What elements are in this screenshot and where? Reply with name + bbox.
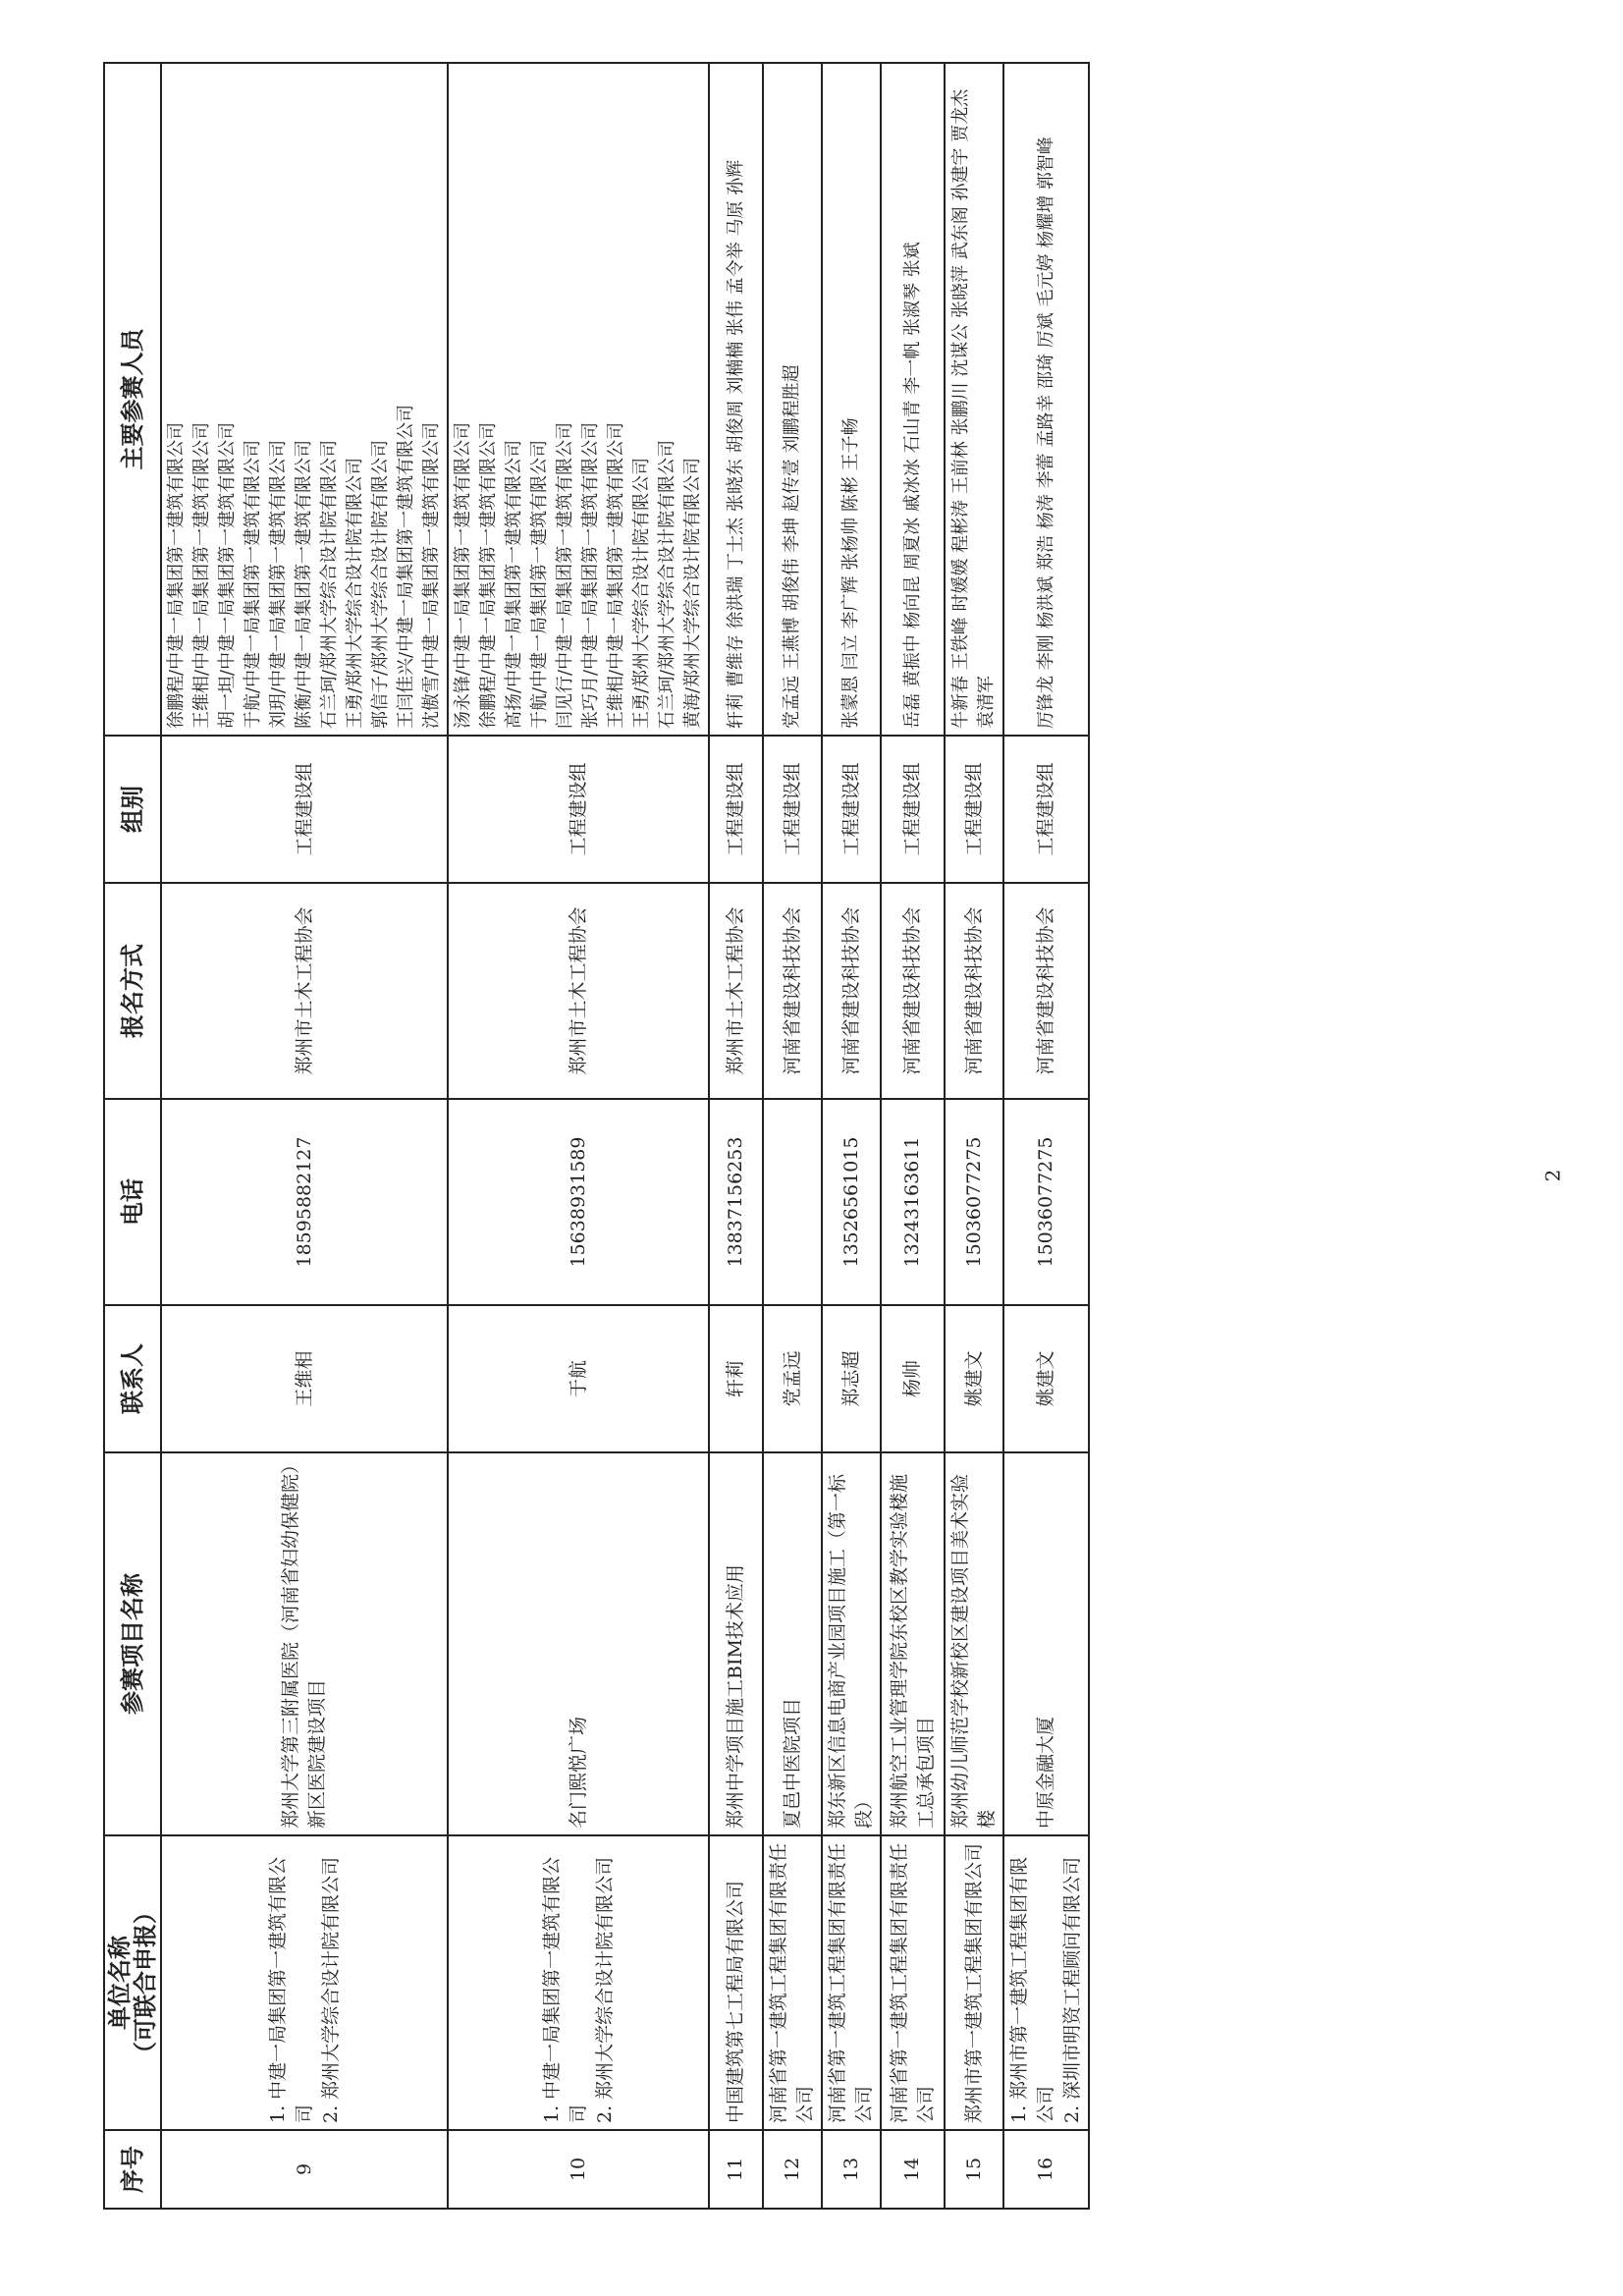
cell-members: 张蒙恩 闫立 李广辉 张杨帅 陈彬 王子畅	[822, 63, 881, 736]
cell-contact: 姚建文	[945, 1305, 1003, 1452]
cell-members: 党孟远 王燕博 胡俊伟 李坤 赵传壹 刘鹏程胜超	[763, 63, 822, 736]
cell-seq: 15	[945, 2130, 1003, 2209]
cell-unit: 河南省第一建筑工程集团有限责任公司	[763, 1835, 822, 2130]
cell-contact: 郑志超	[822, 1305, 881, 1452]
header-signup: 报名方式	[104, 883, 161, 1099]
cell-signup: 河南省建设科技协会	[945, 883, 1003, 1099]
cell-contact: 姚建文	[1003, 1305, 1089, 1452]
cell-phone: 15036077275	[1003, 1099, 1089, 1305]
cell-project: 郑东新区信息电商产业园项目施工（第一标段）	[822, 1452, 881, 1835]
cell-group: 工程建设组	[161, 736, 448, 883]
cell-project: 中原金融大厦	[1003, 1452, 1089, 1835]
cell-signup: 郑州市土木工程协会	[709, 883, 763, 1099]
cell-unit: 中国建筑第七工程局有限公司	[709, 1835, 763, 2130]
cell-members: 厉锋龙 李刚 杨洪斌 郑浩 杨涛 李蕾 孟路幸 邵琦 厉斌 毛元婷 杨耀增 郭智…	[1003, 63, 1089, 736]
cell-signup: 河南省建设科技协会	[1003, 883, 1089, 1099]
cell-phone: 13837156253	[709, 1099, 763, 1305]
cell-members: 汤永锋/中建一局集团第一建筑有限公司 徐鹏程/中建一局集团第一建筑有限公司 高扬…	[448, 63, 709, 736]
cell-seq: 9	[161, 2130, 448, 2209]
cell-project: 夏邑中医院项目	[763, 1452, 822, 1835]
cell-unit: 1. 郑州市第一建筑工程集团有限公司 2. 深圳市明资工程顾问有限公司	[1003, 1835, 1089, 2130]
cell-signup: 郑州市土木工程协会	[448, 883, 709, 1099]
cell-unit: 郑州市第一建筑工程集团有限公司	[945, 1835, 1003, 2130]
cell-project: 名门熙悦广场	[448, 1452, 709, 1835]
cell-signup: 郑州市土木工程协会	[161, 883, 448, 1099]
table-header-row: 序号 单位名称 （可联合申报） 参赛项目名称 联系人 电话 报名方式 组别 主要…	[104, 63, 161, 2209]
cell-phone: 13243163611	[881, 1099, 945, 1305]
table-row: 16 1. 郑州市第一建筑工程集团有限公司 2. 深圳市明资工程顾问有限公司 中…	[1003, 63, 1089, 2209]
cell-unit: 河南省第一建筑工程集团有限责任公司	[881, 1835, 945, 2130]
cell-group: 工程建设组	[448, 736, 709, 883]
header-contact: 联系人	[104, 1305, 161, 1452]
cell-unit: 河南省第一建筑工程集团有限责任公司	[822, 1835, 881, 2130]
cell-project: 郑州中学项目施工BIM技术应用	[709, 1452, 763, 1835]
registration-table-sheet: 序号 单位名称 （可联合申报） 参赛项目名称 联系人 电话 报名方式 组别 主要…	[103, 64, 1090, 2210]
cell-seq: 12	[763, 2130, 822, 2209]
cell-group: 工程建设组	[763, 736, 822, 883]
cell-group: 工程建设组	[945, 736, 1003, 883]
cell-phone: 18595882127	[161, 1099, 448, 1305]
cell-project: 郑州大学第三附属医院（河南省妇幼保健院）新区医院建设项目	[161, 1452, 448, 1835]
cell-contact: 党孟远	[763, 1305, 822, 1452]
cell-unit: 1. 中建一局集团第一建筑有限公司 2. 郑州大学综合设计院有限公司	[161, 1835, 448, 2130]
header-members: 主要参赛人员	[104, 63, 161, 736]
cell-seq: 10	[448, 2130, 709, 2209]
header-phone: 电话	[104, 1099, 161, 1305]
cell-seq: 13	[822, 2130, 881, 2209]
cell-members: 岳磊 黄振中 杨向昆 周夏冰 戚冰冰 石山青 李一帆 张淑琴 张斌	[881, 63, 945, 736]
cell-phone: 15036077275	[945, 1099, 1003, 1305]
table-row: 11 中国建筑第七工程局有限公司 郑州中学项目施工BIM技术应用 轩莉 1383…	[709, 63, 763, 2209]
header-seq: 序号	[104, 2130, 161, 2209]
header-project: 参赛项目名称	[104, 1452, 161, 1835]
table-row: 14 河南省第一建筑工程集团有限责任公司 郑州航空工业管理学院东校区教学实验楼施…	[881, 63, 945, 2209]
cell-project: 郑州航空工业管理学院东校区教学实验楼施工总承包项目	[881, 1452, 945, 1835]
cell-signup: 河南省建设科技协会	[763, 883, 822, 1099]
table-row: 13 河南省第一建筑工程集团有限责任公司 郑东新区信息电商产业园项目施工（第一标…	[822, 63, 881, 2209]
cell-seq: 16	[1003, 2130, 1089, 2209]
cell-group: 工程建设组	[1003, 736, 1089, 883]
header-group: 组别	[104, 736, 161, 883]
cell-members: 轩莉 曹维存 徐洪瑞 丁士杰 张晓东 胡俊周 刘楠楠 张伟 孟令举 马原 孙辉	[709, 63, 763, 736]
cell-project: 郑州幼儿师范学校新校区建设项目美术实验楼	[945, 1452, 1003, 1835]
cell-group: 工程建设组	[822, 736, 881, 883]
cell-phone	[763, 1099, 822, 1305]
cell-group: 工程建设组	[709, 736, 763, 883]
cell-contact: 轩莉	[709, 1305, 763, 1452]
cell-seq: 14	[881, 2130, 945, 2209]
table-row: 15 郑州市第一建筑工程集团有限公司 郑州幼儿师范学校新校区建设项目美术实验楼 …	[945, 63, 1003, 2209]
cell-signup: 河南省建设科技协会	[822, 883, 881, 1099]
cell-contact: 杨帅	[881, 1305, 945, 1452]
cell-signup: 河南省建设科技协会	[881, 883, 945, 1099]
table-row: 9 1. 中建一局集团第一建筑有限公司 2. 郑州大学综合设计院有限公司 郑州大…	[161, 63, 448, 2209]
page-number: 2	[1541, 1170, 1564, 1182]
cell-contact: 于航	[448, 1305, 709, 1452]
cell-unit: 1. 中建一局集团第一建筑有限公司 2. 郑州大学综合设计院有限公司	[448, 1835, 709, 2130]
table-row: 12 河南省第一建筑工程集团有限责任公司 夏邑中医院项目 党孟远 河南省建设科技…	[763, 63, 822, 2209]
cell-members: 徐鹏程/中建一局集团第一建筑有限公司 王维相/中建一局集团第一建筑有限公司 胡一…	[161, 63, 448, 736]
cell-seq: 11	[709, 2130, 763, 2209]
cell-group: 工程建设组	[881, 736, 945, 883]
cell-phone: 15638931589	[448, 1099, 709, 1305]
header-unit: 单位名称 （可联合申报）	[104, 1835, 161, 2130]
cell-phone: 13526561015	[822, 1099, 881, 1305]
registration-table: 序号 单位名称 （可联合申报） 参赛项目名称 联系人 电话 报名方式 组别 主要…	[103, 62, 1090, 2210]
cell-contact: 王维相	[161, 1305, 448, 1452]
table-row: 10 1. 中建一局集团第一建筑有限公司 2. 郑州大学综合设计院有限公司 名门…	[448, 63, 709, 2209]
cell-members: 牛新春 王铁峰 时媛媛 程彬涛 王前林 张鹏川 沈谋公 张晓萍 武东阁 孙建宇 …	[945, 63, 1003, 736]
